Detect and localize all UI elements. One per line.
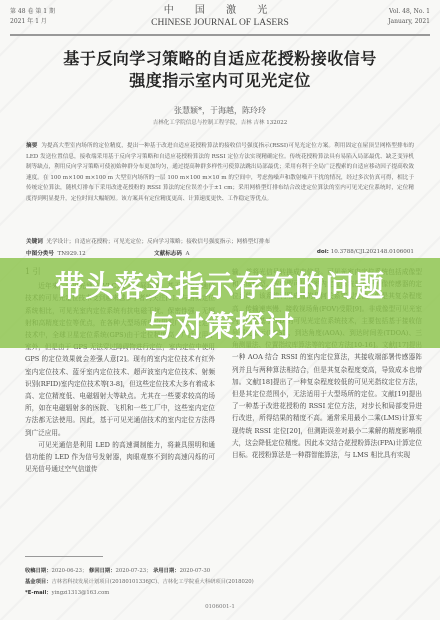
email-label: *E-mail： bbox=[25, 590, 52, 596]
footnote-fund: 基金项目：吉林省科技发展计划项目(20180101336JC)、吉林化工学院重大… bbox=[25, 577, 415, 585]
authors: 张慧颖*，于海越，陈玲玲 bbox=[0, 105, 440, 116]
keywords: 关键词 光学设计；自适应花授粉；可见光定位；反向学习策略；接收信号强度指示；网格… bbox=[26, 237, 414, 245]
email-address[interactable]: yingzi1313@163.com bbox=[52, 590, 110, 596]
abstract-text: 为提高大型室内场所的定位精度，提出一种基于改进自适应花授粉算法的接收信号强度指示… bbox=[26, 143, 414, 202]
paper-title: 基于反向学习策略的自适应花授粉接收信号 强度指示室内可见光定位 bbox=[0, 48, 440, 92]
doc-code-value: A bbox=[186, 251, 190, 257]
abstract: 摘要 为提高大型室内场所的定位精度，提出一种基于改进自适应花授粉算法的接收信号强… bbox=[26, 141, 414, 205]
journal-name-en: CHINESE JOURNAL OF LASERS bbox=[10, 17, 430, 29]
footnote-rule bbox=[25, 556, 103, 557]
revised-date: 2020-07-23； bbox=[116, 568, 152, 574]
page-number: 0106001-1 bbox=[0, 604, 440, 610]
keywords-label: 关键词 bbox=[26, 239, 43, 245]
accepted-date: 2020-07-30 bbox=[180, 568, 211, 574]
received-label: 收稿日期： bbox=[25, 568, 52, 574]
overlay-banner: 带头落实指示存在的问题 与对策探讨 bbox=[0, 258, 440, 348]
header-center: 中 国 激 光 CHINESE JOURNAL OF LASERS bbox=[10, 5, 430, 29]
doi-label: doi: bbox=[317, 249, 329, 255]
affiliation: 吉林化工学院信息与控制工程学院，吉林 吉林 132022 bbox=[0, 118, 440, 126]
fund-text: 吉林省科技发展计划项目(20180101336JC)、吉林化工学院重大科研项目(… bbox=[52, 579, 254, 585]
title-line-1: 基于反向学习策略的自适应花授粉接收信号 bbox=[0, 48, 440, 70]
keywords-text: 光学设计；自适应花授粉；可见光定位；反向学习策略；接收信号强度指示；网格型灯排布 bbox=[46, 239, 270, 245]
doi-value[interactable]: 10.3788/CJL202148.0106001 bbox=[331, 249, 414, 255]
banner-line-2: 与对策探讨 bbox=[0, 304, 440, 345]
paper-page: 第 48 卷 第 1 期 2021 年 1 月 中 国 激 光 CHINESE … bbox=[0, 0, 440, 620]
journal-header: 第 48 卷 第 1 期 2021 年 1 月 中 国 激 光 CHINESE … bbox=[10, 4, 430, 36]
footnote-email: *E-mail：yingzi1313@163.com bbox=[25, 588, 415, 596]
header-rule bbox=[10, 34, 430, 36]
received-date: 2020-06-23； bbox=[52, 568, 88, 574]
revised-label: 修回日期： bbox=[89, 568, 116, 574]
doc-code-label: 文献标志码 bbox=[154, 251, 182, 257]
clc-label: 中图分类号 bbox=[26, 251, 54, 257]
footnote-dates: 收稿日期：2020-06-23； 修回日期：2020-07-23； 录用日期：2… bbox=[25, 566, 415, 574]
date-en: January, 2021 bbox=[388, 17, 430, 27]
abstract-label: 摘要 bbox=[26, 143, 37, 149]
banner-line-1: 带头落实指示存在的问题 bbox=[0, 264, 440, 305]
fund-label: 基金项目： bbox=[25, 579, 52, 585]
body-paragraph: 可见光通信是利用 LED 的高速调制能力，将兼具照明和通信功能的 LED 作为信… bbox=[25, 439, 215, 476]
accepted-label: 录用日期： bbox=[153, 568, 180, 574]
volume-en: Vol. 48, No. 1 bbox=[388, 7, 430, 17]
clc-value: TN929.12 bbox=[58, 251, 86, 257]
header-right: Vol. 48, No. 1 January, 2021 bbox=[388, 7, 430, 27]
journal-name-cn: 中 国 激 光 bbox=[10, 5, 430, 17]
title-line-2: 强度指示室内可见光定位 bbox=[0, 70, 440, 92]
